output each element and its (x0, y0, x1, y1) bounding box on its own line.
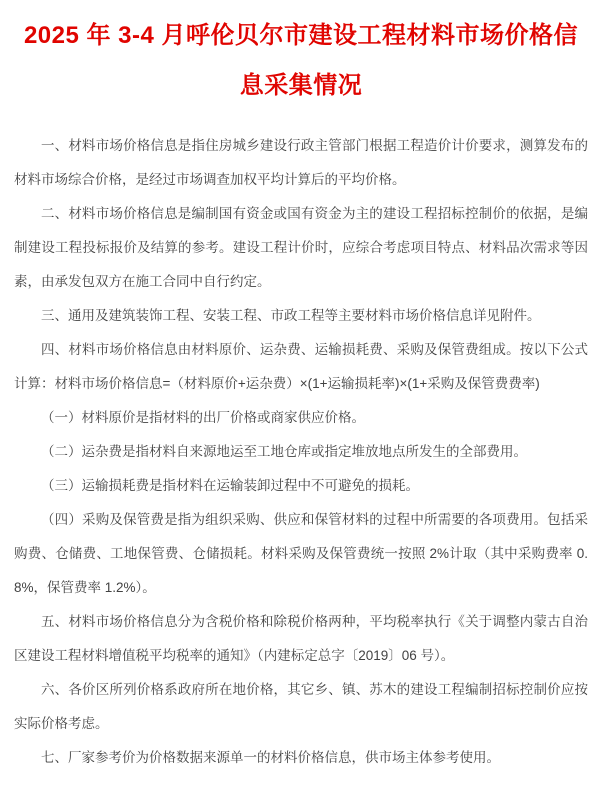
paragraph-2: 二、材料市场价格信息是编制国有资金或国有资金为主的建设工程招标控制价的依据，是编… (14, 197, 588, 299)
document-body: 一、材料市场价格信息是指住房城乡建设行政主管部门根据工程造价计价要求，测算发布的… (14, 129, 588, 775)
paragraph-1: 一、材料市场价格信息是指住房城乡建设行政主管部门根据工程造价计价要求，测算发布的… (14, 129, 588, 197)
paragraph-6: 六、各价区所列价格系政府所在地价格，其它乡、镇、苏木的建设工程编制招标控制价应按… (14, 673, 588, 741)
paragraph-7: 七、厂家参考价为价格数据来源单一的材料价格信息，供市场主体参考使用。 (14, 741, 588, 775)
paragraph-4-item-3: （三）运输损耗费是指材料在运输装卸过程中不可避免的损耗。 (14, 469, 588, 503)
paragraph-4-item-2: （二）运杂费是指材料自来源地运至工地仓库或指定堆放地点所发生的全部费用。 (14, 435, 588, 469)
paragraph-4-item-4: （四）采购及保管费是指为组织采购、供应和保管材料的过程中所需要的各项费用。包括采… (14, 503, 588, 605)
paragraph-3: 三、通用及建筑装饰工程、安装工程、市政工程等主要材料市场价格信息详见附件。 (14, 299, 588, 333)
paragraph-4-item-1: （一）材料原价是指材料的出厂价格或商家供应价格。 (14, 401, 588, 435)
paragraph-4: 四、材料市场价格信息由材料原价、运杂费、运输损耗费、采购及保管费组成。按以下公式… (14, 333, 588, 401)
document-title: 2025 年 3-4 月呼伦贝尔市建设工程材料市场价格信息采集情况 (14, 11, 588, 111)
paragraph-5: 五、材料市场价格信息分为含税价格和除税价格两种，平均税率执行《关于调整内蒙古自治… (14, 605, 588, 673)
document-page: 2025 年 3-4 月呼伦贝尔市建设工程材料市场价格信息采集情况 一、材料市场… (0, 0, 602, 796)
